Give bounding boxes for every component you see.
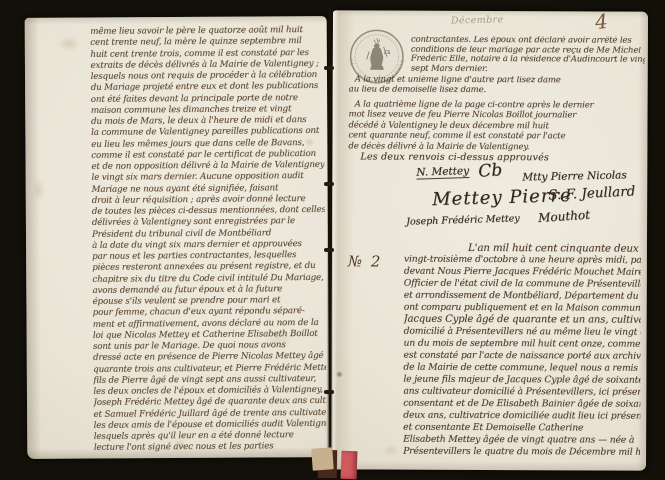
manuscript-line: et arrondissement de Montbéliard, Départ… (404, 290, 641, 303)
manuscript-line: Jacques Cyple âgé de quarante et un ans,… (404, 314, 641, 327)
manuscript-line: Présentevillers le quatre du mois de Déc… (403, 446, 640, 459)
manuscript-line: vingt-troisième d'octobre à une heure ap… (404, 254, 641, 267)
red-ribbon-bookmark (341, 451, 358, 480)
manuscript-line: un du mois de septembre mil huit cent on… (404, 338, 641, 351)
manuscript-line: au lieu de demoiselle lisez dame. (349, 85, 645, 96)
manuscript-line: de la Mairie de cette commune, lequel no… (403, 362, 640, 375)
left-page: même lieu savoir le père le quatorze aoû… (25, 16, 330, 459)
manuscript-line: ont comparu publiquement et en la Maison… (404, 302, 641, 315)
left-page-text: même lieu savoir le père le quatorze aoû… (90, 25, 327, 455)
manuscript-line: le vingt six mars dernier. Aucune opposi… (91, 171, 324, 184)
manuscript-line: le jeune fils majeur de Jacques Cyple âg… (403, 374, 640, 387)
manuscript-line: sept Mars dernier. (411, 64, 645, 75)
second-act-text: L'an mil huit cent cinquante deux et lev… (403, 242, 641, 459)
act-number-margin-note: № 2 (348, 252, 383, 270)
manuscript-line: Officier de l'état civil de la commune d… (404, 278, 641, 291)
signature: S. F. Jeullard (548, 183, 636, 203)
binding-stitch (324, 182, 334, 186)
manuscript-line: lecture l'ont signé avec nous et les par… (94, 441, 327, 454)
manuscript-line: deux ans, cultivatrice domiciliée audit … (403, 410, 640, 423)
right-page: Décembre 4 TIMBRE IMPERIAL · TIMBRE c (331, 10, 648, 470)
manuscript-line: chapitre six du titre du Code civil inti… (92, 272, 325, 285)
marginal-correction-2: A la quatrième ligne de la page ci-contr… (348, 99, 644, 152)
closing-paragraph: contractantes. Les époux ont déclaré avo… (411, 36, 645, 75)
manuscript-line: consentant et de De Elisabeth Bainier âg… (403, 398, 640, 411)
binding-gutter (327, 8, 333, 464)
manuscript-line: est constaté par l'acte de naissance por… (403, 350, 640, 363)
binding-stitch (324, 248, 334, 252)
marginal-correction-1: A la vingt et unième ligne d'autre part … (349, 75, 645, 95)
manuscript-line: et consentante Et Demoiselle Catherine (403, 422, 640, 435)
page-corner-tab (311, 447, 333, 470)
pencil-annotation: Décembre (451, 14, 504, 26)
binding-stitch (324, 390, 334, 394)
manuscript-line: ans cultivateur domicilié à Présentevill… (403, 386, 640, 399)
signature: Joseph Frédéric Mettey (406, 213, 520, 227)
manuscript-line: cent quarante neuf, comme il est constat… (348, 131, 644, 143)
signature: N. Mettey (416, 165, 469, 180)
binding-stitch (324, 66, 334, 70)
manuscript-line: L'an mil huit cent cinquante deux et le (404, 242, 641, 255)
folio-number: 4 (594, 10, 609, 34)
signature-paraph: Cb (478, 160, 503, 182)
scanned-register-spread: même lieu savoir le père le quatorze aoû… (0, 0, 665, 480)
manuscript-line: délivrées à Valentigney sont enregistrée… (92, 216, 325, 229)
approval-line: Les deux renvois ci-dessus approuvés (360, 151, 549, 163)
manuscript-line: domicilié à Présentevillers né au même l… (404, 326, 641, 339)
manuscript-line: devant Nous Pierre Jacques Frédéric Mouc… (404, 266, 641, 279)
signature: Mtty Pierre Nicolas (522, 169, 627, 183)
manuscript-line: Elisabeth Mettey âgée de vingt quatre an… (403, 434, 640, 447)
signature: Mouthot (538, 208, 591, 225)
